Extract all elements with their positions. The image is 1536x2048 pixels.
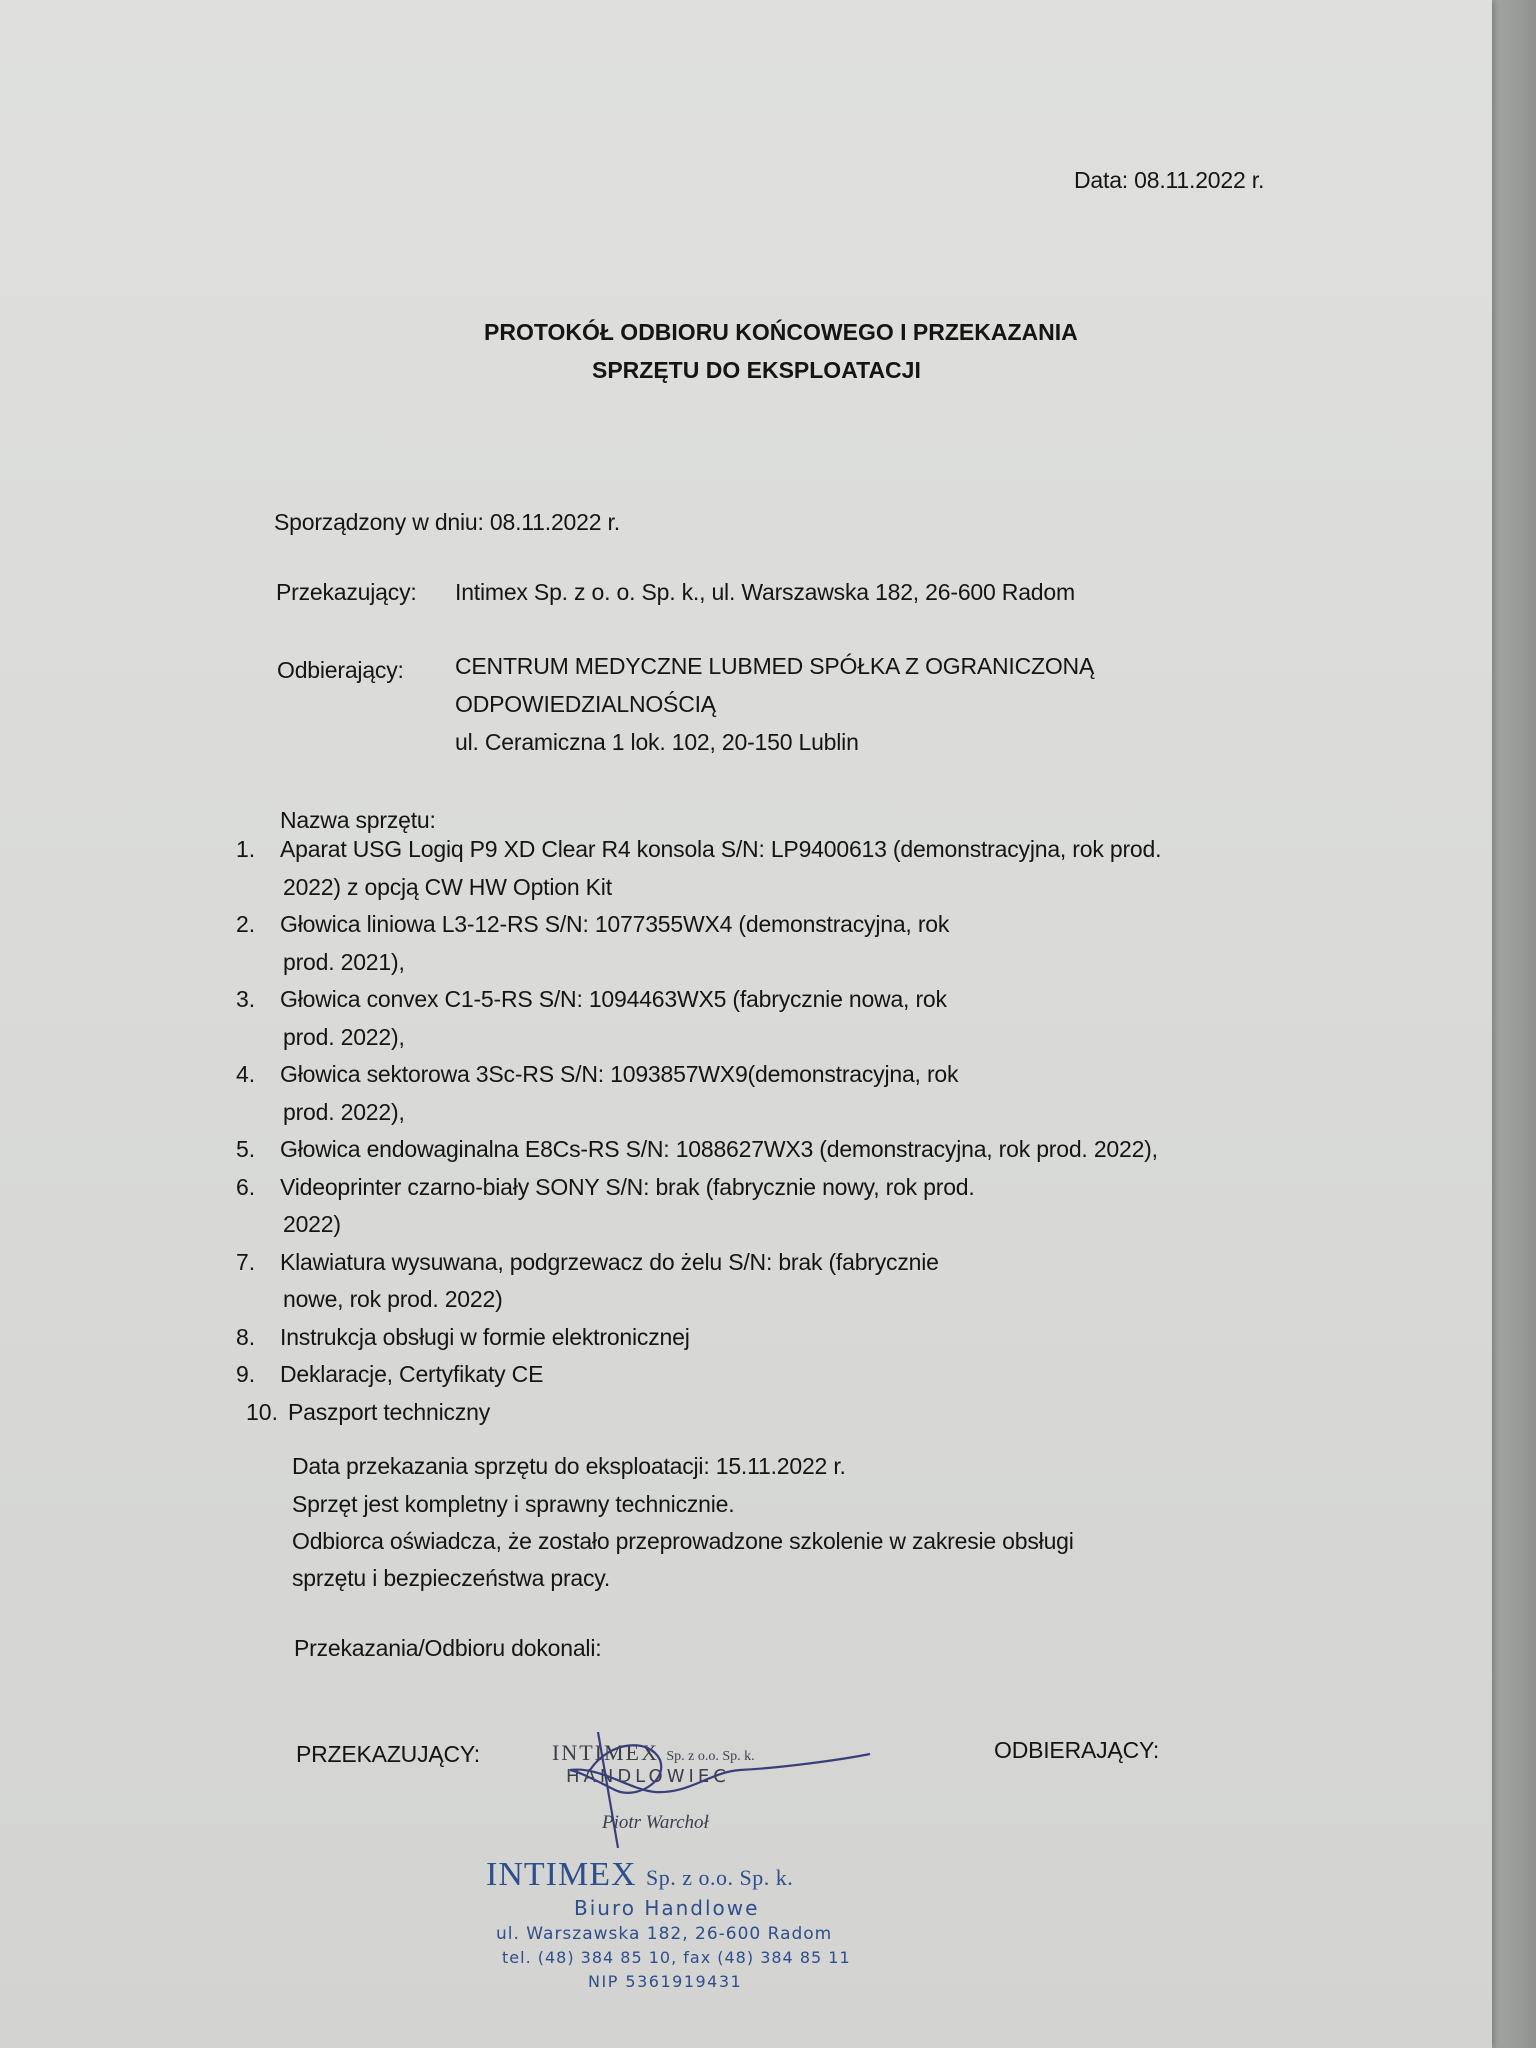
equipment-item-line1: Klawiatura wysuwana, podgrzewacz do żelu… [280,1248,939,1277]
equipment-item-number: 3. [236,985,255,1014]
equipment-item-number: 9. [236,1360,255,1389]
equipment-item-number: 10. [246,1398,278,1427]
document-title-line2: SPRZĘTU DO EKSPLOATACJI [592,356,921,385]
statement-training-line2: sprzętu i bezpieczeństwa pracy. [292,1564,610,1593]
desk-background [1486,0,1536,2048]
equipment-item-line2: prod. 2021), [283,948,405,977]
receiver-sign-label: ODBIERAJĄCY: [994,1736,1159,1765]
company-stamp-address: ul. Warszawska 182, 26-600 Radom [496,1924,832,1944]
equipment-heading: Nazwa sprzętu: [280,806,436,835]
company-stamp-nip: NIP 5361919431 [588,1972,742,1991]
receiver-label: Odbierający: [277,656,404,685]
handover-date: Data przekazania sprzętu do eksploatacji… [292,1452,846,1481]
equipment-item-line1: Głowica convex C1-5-RS S/N: 1094463WX5 (… [280,985,947,1014]
equipment-item-number: 7. [236,1248,255,1277]
equipment-item-line1: Głowica endowaginalna E8Cs-RS S/N: 10886… [280,1135,1158,1164]
equipment-item-line1: Deklaracje, Certyfikaty CE [280,1360,543,1389]
handwritten-signature [540,1730,900,1850]
equipment-item-line2: 2022) z opcją CW HW Option Kit [283,873,612,902]
company-stamp-phone: tel. (48) 384 85 10, fax (48) 384 85 11 [502,1948,851,1967]
document-page: Data: 08.11.2022 r. PROTOKÓŁ ODBIORU KOŃ… [0,0,1492,2048]
equipment-item-number: 2. [236,910,255,939]
receiver-name-line2: ODPOWIEDZIALNOŚCIĄ [455,690,716,719]
transferor-sign-label: PRZEKAZUJĄCY: [296,1740,480,1769]
equipment-item-line1: Videoprinter czarno-biały SONY S/N: brak… [280,1173,975,1202]
statement-training-line1: Odbiorca oświadcza, że zostało przeprowa… [292,1527,1074,1556]
equipment-item-line2: prod. 2022), [283,1098,405,1127]
prepared-on: Sporządzony w dniu: 08.11.2022 r. [274,508,620,537]
transferor-label: Przekazujący: [276,578,417,607]
date-header: Data: 08.11.2022 r. [1074,166,1264,195]
equipment-item-line2: prod. 2022), [283,1023,405,1052]
company-stamp-office: Biuro Handlowe [574,1896,759,1920]
signatories-heading: Przekazania/Odbioru dokonali: [294,1634,601,1663]
transferor-value: Intimex Sp. z o. o. Sp. k., ul. Warszaws… [455,578,1075,607]
receiver-address: ul. Ceramiczna 1 lok. 102, 20-150 Lublin [455,728,859,757]
equipment-item-line1: Aparat USG Logiq P9 XD Clear R4 konsola … [280,835,1161,864]
equipment-item-line2: nowe, rok prod. 2022) [283,1285,503,1314]
company-stamp-name: INTIMEX Sp. z o.o. Sp. k. [486,1856,793,1894]
equipment-item-number: 8. [236,1323,255,1352]
equipment-item-line1: Instrukcja obsługi w formie elektroniczn… [280,1323,690,1352]
document-title-line1: PROTOKÓŁ ODBIORU KOŃCOWEGO I PRZEKAZANIA [484,318,1078,347]
equipment-item-line2: 2022) [283,1210,341,1239]
equipment-item-number: 4. [236,1060,255,1089]
equipment-item-line1: Paszport techniczny [288,1398,490,1427]
equipment-item-number: 5. [236,1135,255,1164]
equipment-item-number: 6. [236,1173,255,1202]
receiver-name-line1: CENTRUM MEDYCZNE LUBMED SPÓŁKA Z OGRANIC… [455,652,1094,681]
equipment-item-number: 1. [236,835,255,864]
statement-complete: Sprzęt jest kompletny i sprawny technicz… [292,1490,734,1519]
equipment-item-line1: Głowica liniowa L3-12-RS S/N: 1077355WX4… [280,910,949,939]
equipment-item-line1: Głowica sektorowa 3Sc-RS S/N: 1093857WX9… [280,1060,958,1089]
